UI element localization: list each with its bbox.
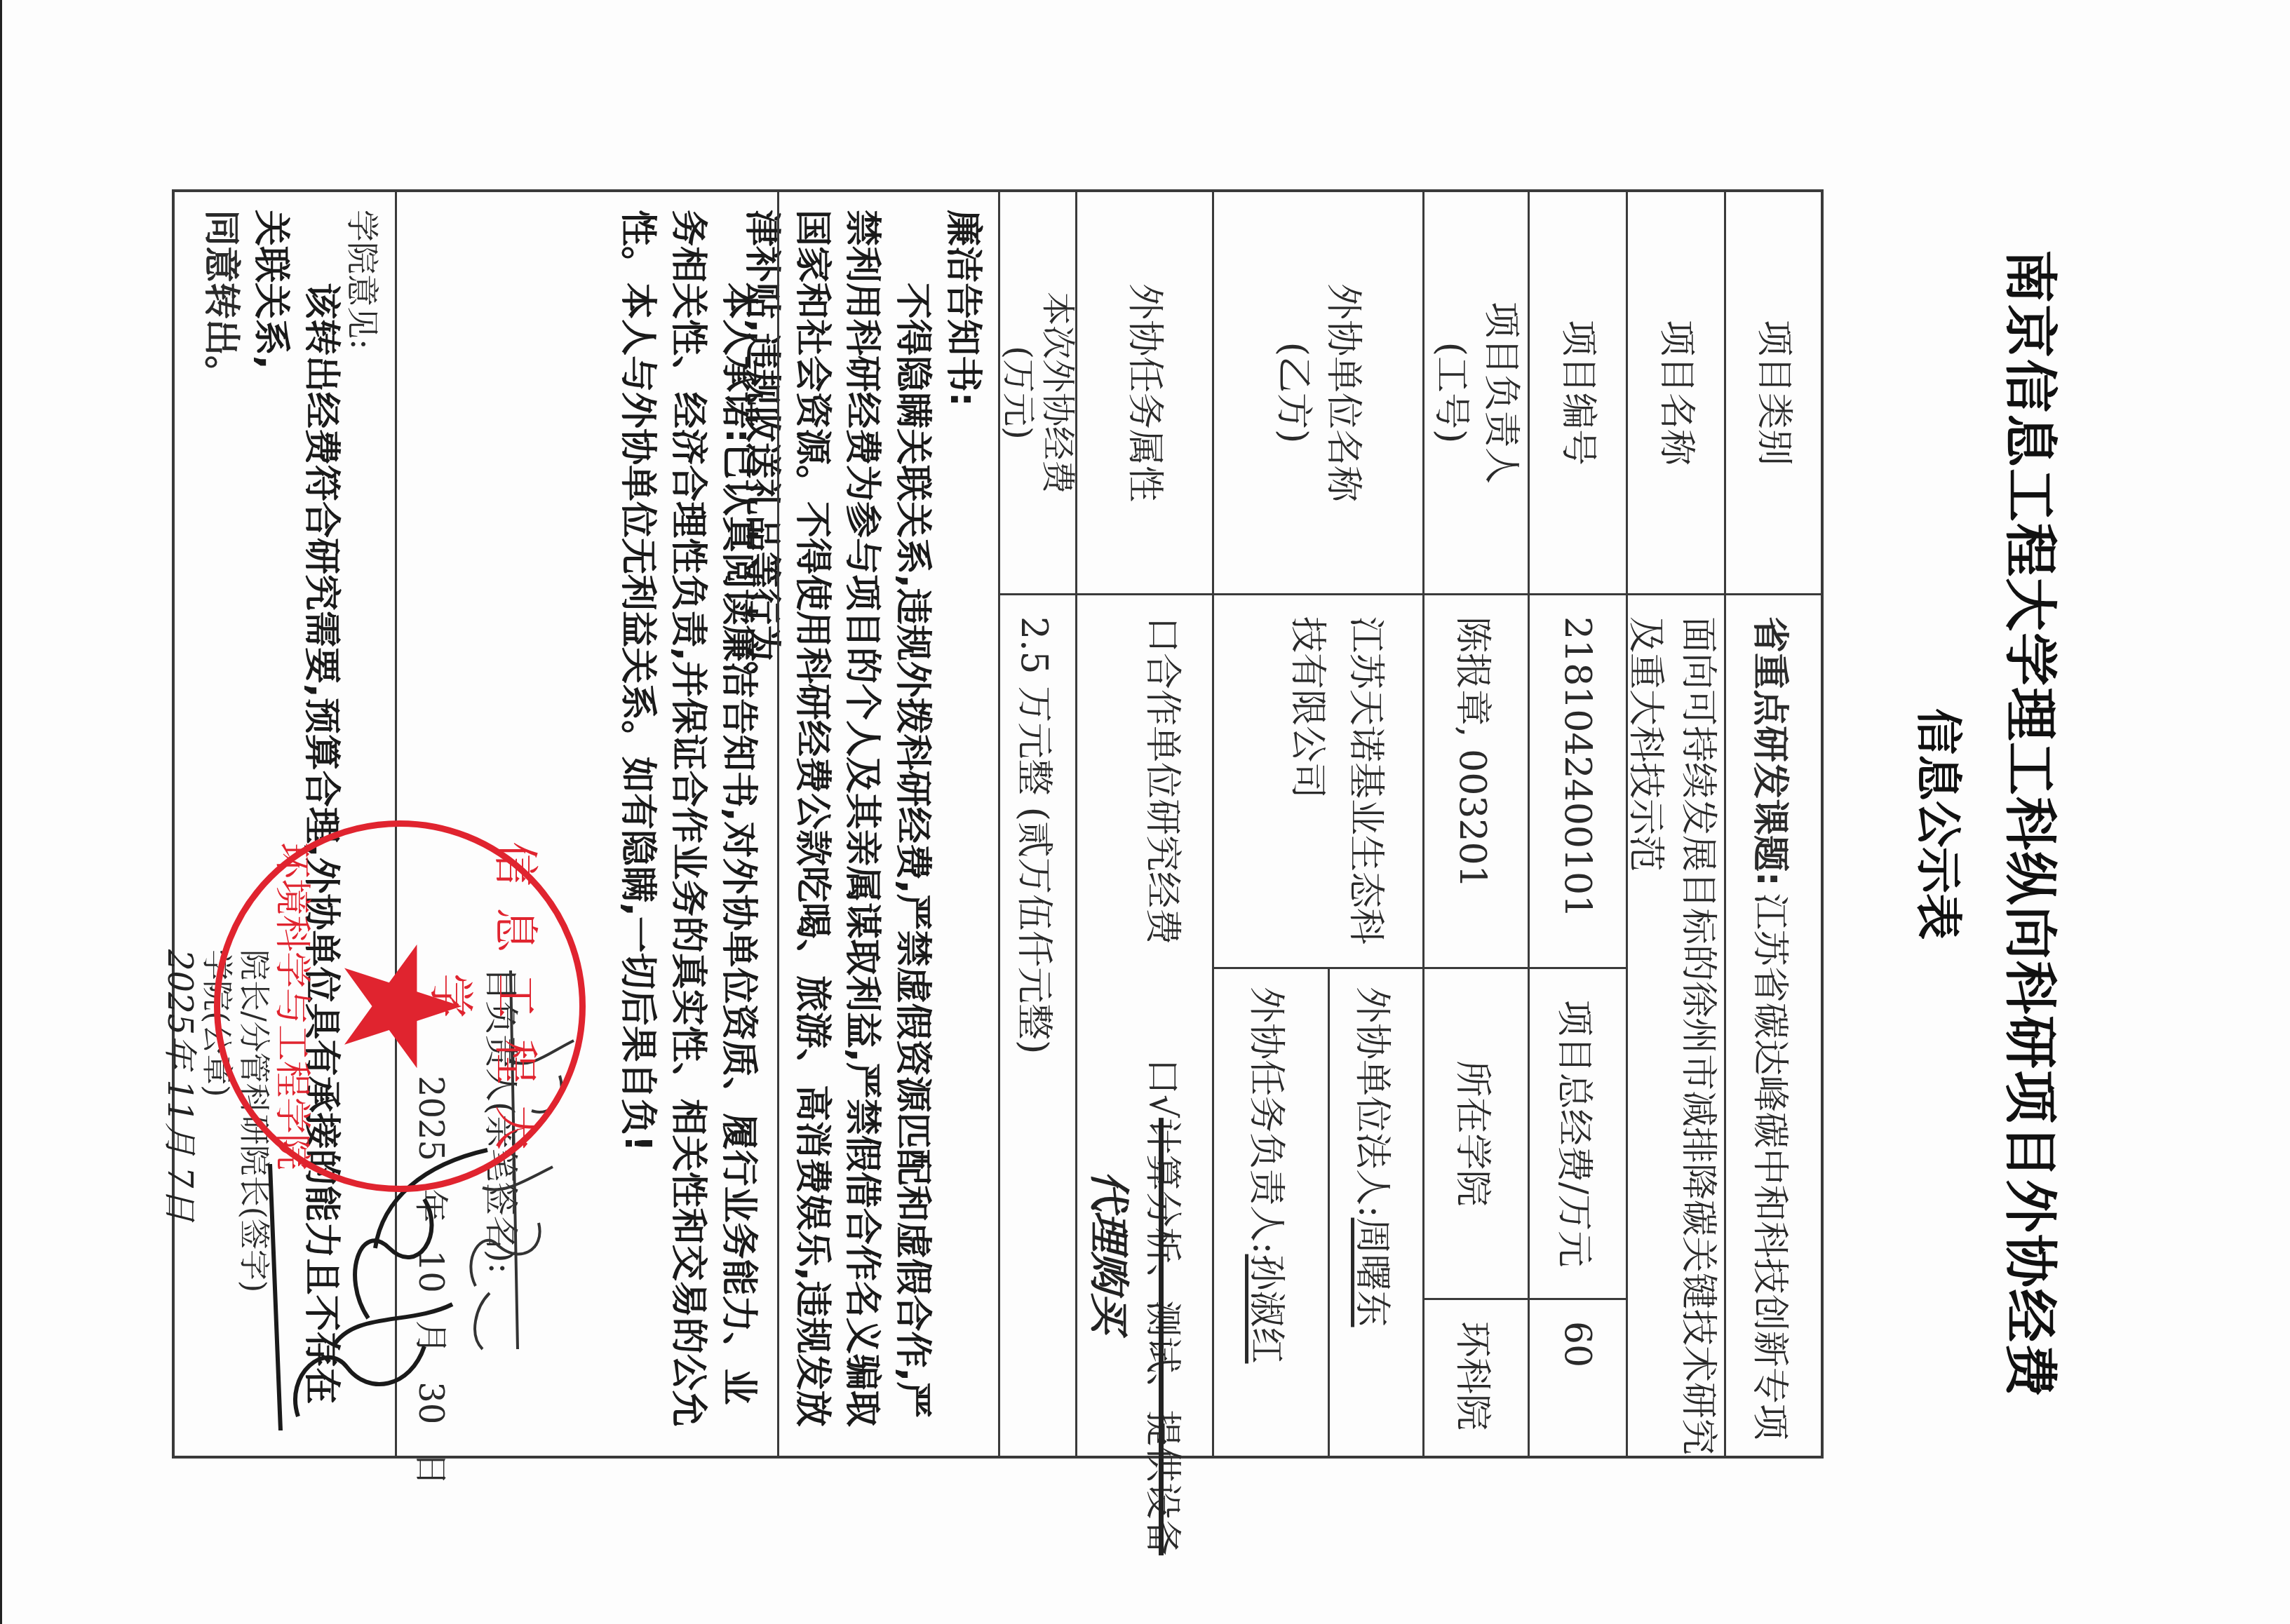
contract-amount-value: 2.5 万元整 (贰万伍仟元整)	[1000, 595, 1075, 1456]
college-seal-stamp: 信息工程大学 ★ 环境科学与工程学院	[214, 820, 586, 1192]
option-cooperation-research[interactable]: 口合作单位研究经费	[1140, 616, 1192, 945]
label-text: 项目类别	[1749, 320, 1798, 466]
row-project-lead: 项目负责人 (工号) 陈报章, 003201 所在学院 环科院	[1424, 192, 1530, 1456]
row-integrity-notice: 廉洁告知书: 不得隐瞒关联关系,违规外拨科研经费,严禁虚假资源匹配和虚假合作,严…	[779, 192, 1000, 1456]
row-task-attribute: 外协任务属性 口合作单位研究经费 口√计算分析、测试、提供设备 代理购买	[1077, 192, 1214, 1456]
legal-rep-value: 周曙东	[1350, 1218, 1403, 1327]
document-title: 南京信息工程大学理工科纵向科研项目外协经费	[1996, 189, 2073, 1459]
document-page: 南京信息工程大学理工科纵向科研项目外协经费 信息公示表 项目类别 省重点研发课题…	[0, 0, 2290, 1624]
total-funding-value: 60	[1530, 1300, 1626, 1456]
project-category-label: 项目类别	[1726, 192, 1821, 595]
label-subtext: (乙方)	[1269, 342, 1318, 444]
row-contractor: 外协单位名称 (乙方) 江苏天诺基业生态科技有限公司 外协单位法人: 周曙东 外…	[1214, 192, 1424, 1456]
row-project-number: 项目编号 2181042400101 项目总经费/万元 60	[1530, 192, 1628, 1456]
task-lead-value: 孙淑红	[1244, 1254, 1296, 1364]
college-opinion-date: 2025年 11月 7日	[159, 949, 207, 1222]
total-funding-label: 项目总经费/万元	[1530, 967, 1626, 1300]
label-subtext: (工号)	[1427, 342, 1476, 444]
task-attribute-options: 口合作单位研究经费 口√计算分析、测试、提供设备 代理购买	[1077, 595, 1212, 1456]
row-contract-amount: 本次外协经费 (万元) 2.5 万元整 (贰万伍仟元整)	[1000, 192, 1077, 1456]
project-category-value: 省重点研发课题: 江苏省碳达峰碳中和科技创新专项	[1726, 595, 1821, 1456]
contract-amount-label: 本次外协经费 (万元)	[1000, 192, 1075, 595]
document-subtitle: 信息公示表	[1909, 189, 1976, 1459]
legal-rep-line: 外协单位法人: 周曙东	[1328, 969, 1422, 1456]
integrity-notice-heading: 廉洁告知书:	[937, 210, 988, 1438]
label-text: 外协单位名称	[1319, 283, 1368, 502]
seal-bottom-text: 环境科学与工程学院	[269, 827, 322, 1186]
struck-option-text: 计算分析、测试、提供设备	[1141, 1118, 1183, 1555]
row-project-name: 项目名称 面向可持续发展目标的徐州市减排降碳关键技术研究及重大科技示范	[1628, 192, 1726, 1456]
contractor-label: 外协单位名称 (乙方)	[1214, 192, 1422, 595]
option-calc-test-equipment[interactable]: 口√计算分析、测试、提供设备	[1140, 1058, 1192, 1555]
project-lead-value: 陈报章, 003201	[1424, 595, 1528, 961]
project-name-value: 面向可持续发展目标的徐州市减排降碳关键技术研究及重大科技示范	[1628, 595, 1724, 1456]
commitment-text: 本人承诺:已认真阅读廉洁告知书,对外协单位资质、履行业务能力、业务相关性、经济合…	[612, 210, 763, 1438]
project-category-prefix: 省重点研发课题:	[1747, 616, 1800, 886]
label-text: 项目名称	[1651, 320, 1700, 466]
project-lead-label: 项目负责人 (工号)	[1424, 192, 1528, 595]
project-number-value: 2181042400101	[1530, 595, 1626, 961]
label-text: 项目编号	[1553, 320, 1602, 466]
contractor-people: 外协单位法人: 周曙东 外协任务负责人: 孙淑红	[1214, 967, 1422, 1456]
college-label: 所在学院	[1424, 967, 1528, 1300]
college-opinion-conclusion: 同意转出。	[198, 210, 251, 392]
college-opinion-label: 学院意见:	[342, 210, 388, 350]
college-value: 环科院	[1424, 1300, 1528, 1456]
project-name-label: 项目名称	[1628, 192, 1724, 595]
legal-rep-label: 外协单位法人:	[1350, 987, 1403, 1218]
label-subtext: (万元)	[999, 346, 1037, 439]
label-text: 本次外协经费	[1038, 292, 1077, 494]
project-category-text: 江苏省碳达峰碳中和科技创新专项	[1747, 893, 1800, 1440]
row-project-category: 项目类别 省重点研发课题: 江苏省碳达峰碳中和科技创新专项	[1726, 192, 1821, 1456]
task-attribute-label: 外协任务属性	[1077, 192, 1212, 595]
label-text: 项目负责人	[1476, 302, 1525, 484]
task-lead-label: 外协任务负责人:	[1244, 987, 1296, 1254]
checkbox-checked-icon: 口√	[1141, 1058, 1183, 1118]
contractor-name-text: 江苏天诺基业生态科技有限公司	[1278, 616, 1394, 946]
project-number-label: 项目编号	[1530, 192, 1626, 595]
contractor-name: 江苏天诺基业生态科技有限公司	[1214, 595, 1422, 961]
task-lead-line: 外协任务负责人: 孙淑红	[1212, 969, 1328, 1456]
handwritten-correction: 代理购买	[1083, 1170, 1142, 1333]
label-text: 外协任务属性	[1120, 283, 1169, 502]
seal-star-icon: ★	[319, 934, 480, 1078]
